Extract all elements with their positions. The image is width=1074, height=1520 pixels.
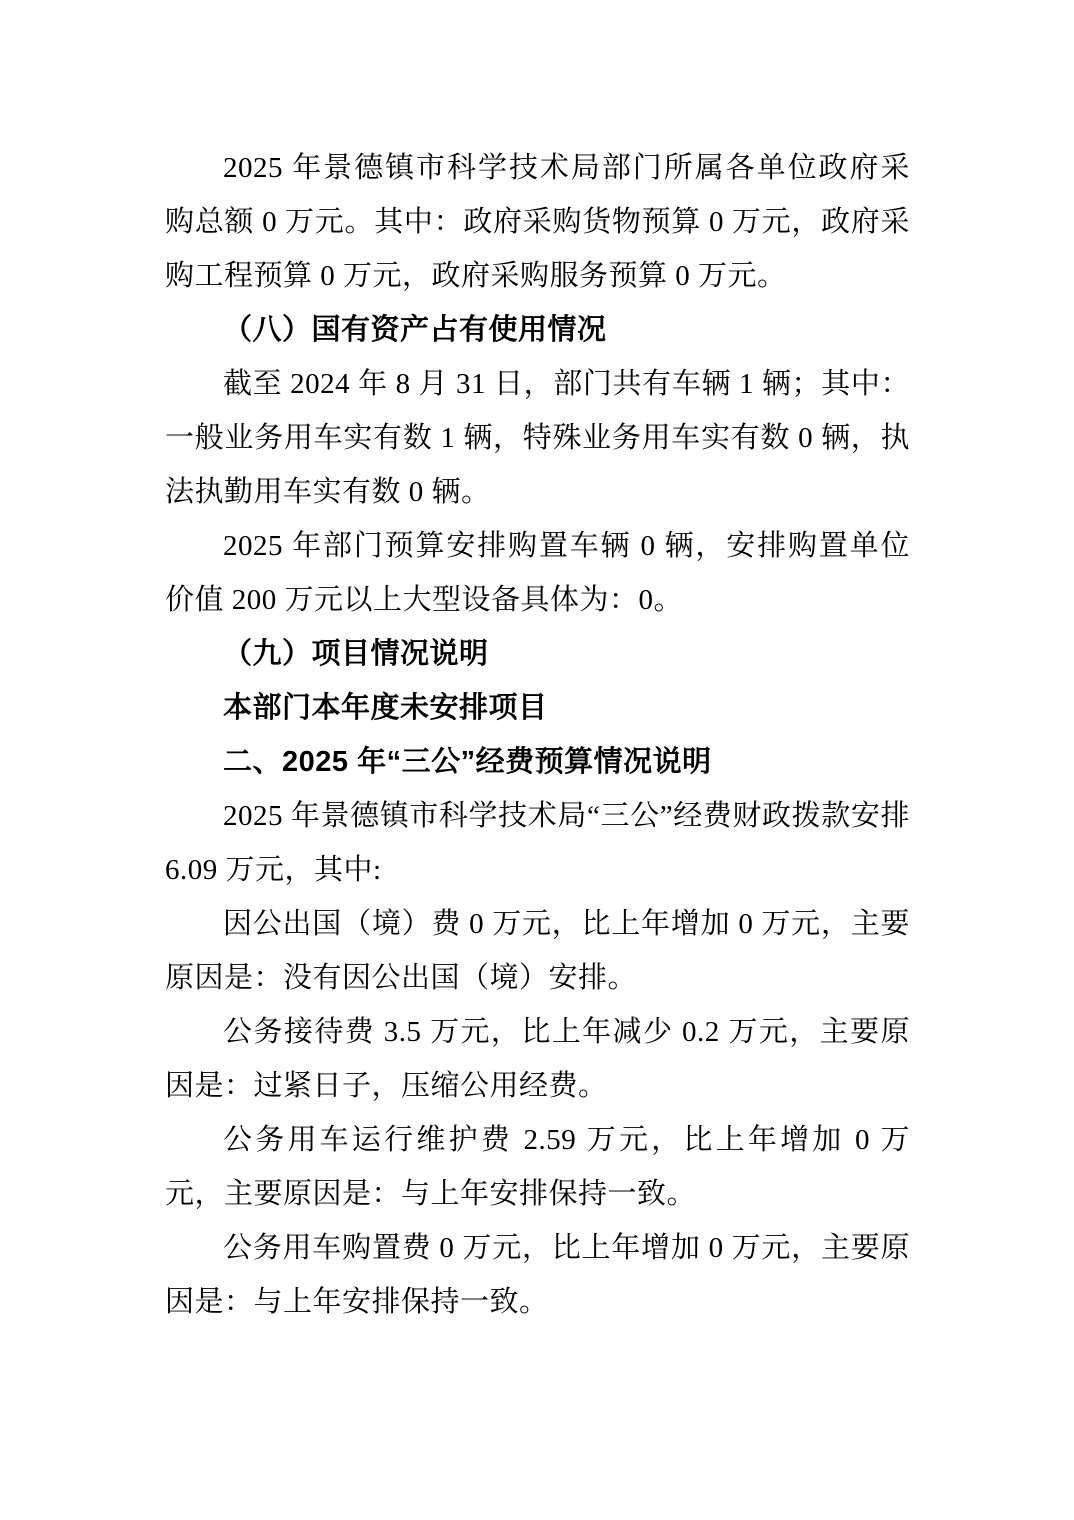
paragraph-vehicle-holdings: 截至 2024 年 8 月 31 日，部门共有车辆 1 辆；其中：一般业务用车实… — [165, 357, 910, 519]
paragraph-procurement-summary: 2025 年景德镇市科学技术局部门所属各单位政府采购总额 0 万元。其中：政府采… — [165, 141, 910, 303]
heading-three-public-expenses: 二、2025 年“三公”经费预算情况说明 — [165, 735, 910, 789]
heading-section-8-state-assets: （八）国有资产占有使用情况 — [165, 303, 910, 357]
heading-no-projects-arranged: 本部门本年度未安排项目 — [165, 681, 910, 735]
paragraph-vehicle-operation-fee: 公务用车运行维护费 2.59 万元，比上年增加 0 万元，主要原因是：与上年安排… — [165, 1113, 910, 1221]
paragraph-three-public-total: 2025 年景德镇市科学技术局“三公”经费财政拨款安排 6.09 万元，其中: — [165, 789, 910, 897]
paragraph-official-reception-fee: 公务接待费 3.5 万元，比上年减少 0.2 万元，主要原因是：过紧日子，压缩公… — [165, 1005, 910, 1113]
document-page: 2025 年景德镇市科学技术局部门所属各单位政府采购总额 0 万元。其中：政府采… — [0, 0, 1074, 1520]
paragraph-vehicle-equipment-budget: 2025 年部门预算安排购置车辆 0 辆，安排购置单位价值 200 万元以上大型… — [165, 519, 910, 627]
paragraph-overseas-travel-fee: 因公出国（境）费 0 万元，比上年增加 0 万元，主要原因是：没有因公出国（境）… — [165, 897, 910, 1005]
heading-section-9-projects: （九）项目情况说明 — [165, 627, 910, 681]
paragraph-vehicle-purchase-fee: 公务用车购置费 0 万元，比上年增加 0 万元，主要原因是：与上年安排保持一致。 — [165, 1221, 910, 1329]
